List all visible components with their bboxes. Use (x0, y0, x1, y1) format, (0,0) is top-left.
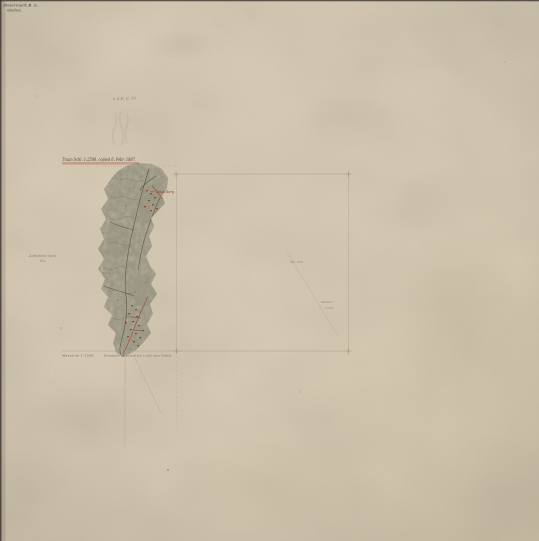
pencil-mark-2: 2. (59, 326, 63, 330)
scan-edge-left-shadow (2, 0, 6, 541)
scanned-map-sheet: Kapitelberg Mur. Ried. Gleichenbg. Muhle… (0, 0, 539, 541)
bottom-imprint-right: Photographirt und gedruckt im k. k. mili… (104, 354, 172, 358)
bottom-imprint: Massstab 1:2500. Photographirt und gedru… (62, 354, 172, 358)
sheet-title: Traun Schl. 1:2500. copied 6. Febr. 1887… (62, 157, 136, 163)
map-micro-label-1: Gleichenbg. (131, 317, 141, 319)
corner-note-line2: Gleichen. (7, 9, 22, 13)
map-side-label-1: Mur. (100, 231, 110, 235)
scan-edge-top (0, 0, 539, 1)
pencil-mark-1: 6. (99, 249, 102, 253)
left-margin-note-line1: Aufnahme nach (28, 254, 56, 258)
map-micro-label-2: Muhle (133, 330, 143, 332)
left-margin-note-line2: So. (40, 259, 46, 263)
sheet-title-block: Traun Schl. 1:2500. copied 6. Febr. 1887… (62, 157, 139, 164)
diagonal-note-1: W. Gr. (290, 260, 304, 264)
bottom-imprint-left: Massstab 1:2500. (62, 354, 95, 358)
map-label-kapitelberg: Kapitelberg (155, 190, 175, 194)
corner-note-line1: Steiermark B. 6. (3, 4, 38, 8)
diagonal-note-3: 1:25 (325, 306, 333, 310)
map-sheet-canvas: Kapitelberg Mur. Ried. Gleichenbg. Muhle… (0, 0, 539, 541)
map-side-label-2: Ried. (101, 271, 112, 275)
scan-edge-left (0, 0, 2, 541)
diagonal-note-2: Wien (321, 300, 332, 304)
